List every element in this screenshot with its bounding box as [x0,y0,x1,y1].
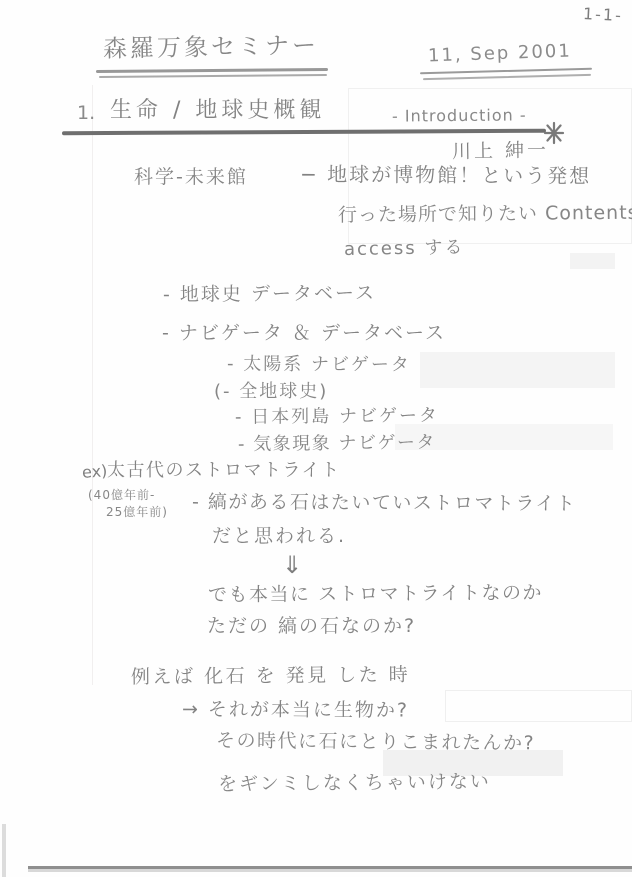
handwritten-line-db: - 地球史 データベース [163,282,376,306]
handwritten-line-museum-3: access する [344,237,465,261]
showthrough-block [420,352,615,388]
scan-edge-bottom-shadow [28,869,632,872]
handwritten-line-doubt-2: ただの 縞の石なのか? [207,615,416,638]
showthrough-block [570,253,615,269]
title-underline [96,68,328,73]
scan-edge-bottom [28,866,632,869]
handwritten-line-fossil-4: をギンミしなくちゃいけない [218,771,491,797]
date-underline [420,68,592,75]
handwritten-line-fossil-3: その時代に石にとりこまれたんか? [216,730,535,756]
handwritten-line-museum-2: 行った場所で知りたい Contents. [338,202,632,227]
author-name: 川上 紳一 [452,139,549,163]
handwritten-line-doubt-1: でも本当に ストロマトライトなのか [208,582,543,607]
handwritten-line-nav: - ナビゲータ ＆ データベース [162,322,446,345]
note-title: 森羅万象セミナー [103,31,319,64]
section-title: 生命 / 地球史概観 [110,98,325,124]
handwritten-line-nav-whole-earth: (- 全地球史) [214,381,328,403]
note-date: 11, Sep 2001 [428,40,572,67]
scan-edge-left [2,824,6,877]
section-underline [62,129,546,136]
down-arrow-icon: ⇓ [282,551,302,580]
handwritten-line-nav-weather: - 気象現象 ナビゲータ [238,432,436,456]
handwritten-line-museum-idea: − 地球が博物館！という発想 [300,162,591,188]
handwritten-line-example-period-2: 25億年前) [106,505,168,519]
handwritten-line-example-desc-2: だと思われる. [212,525,346,548]
handwritten-line-nav-solar: - 太陽系 ナビゲータ [227,354,411,377]
handwritten-line-example-label: ex) [81,461,108,482]
handwritten-line-fossil-2: → それが本当に生物か? [182,698,409,722]
title-underline-2 [99,74,327,78]
section-subtitle: - Introduction - [392,105,527,125]
date-underline-2 [423,74,591,80]
handwritten-line-example-period-1: (40億年前- [88,488,155,502]
handwritten-line-museum-label: 科学-未来館 [134,166,248,189]
scanned-notebook-page: 1-1- 森羅万象セミナー 11, Sep 2001 1. 生命 / 地球史概観… [0,0,632,877]
showthrough-box [445,690,632,722]
margin-line [92,85,93,685]
handwritten-line-nav-japan: - 日本列島 ナビゲータ [235,405,439,428]
handwritten-line-example-title: 太古代のストロマトライト [107,460,340,482]
handwritten-line-example-desc-1: - 縞がある石はたいていストロマトライト [192,491,576,516]
section-number: 1. [77,102,95,125]
page-number: 1-1- [583,4,624,25]
handwritten-line-fossil-1: 例えば 化石 を 発見 した 時 [131,664,410,689]
